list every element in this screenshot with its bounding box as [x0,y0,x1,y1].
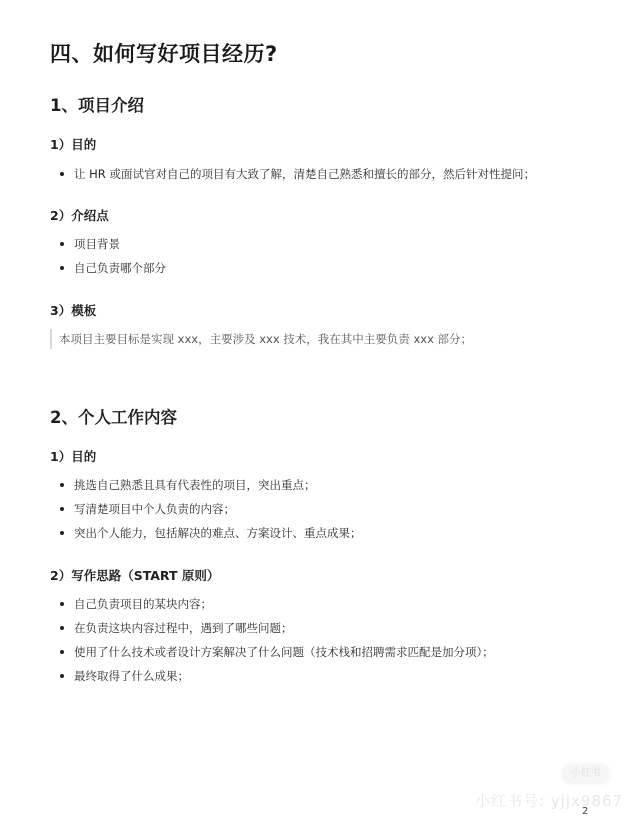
list-item: 自己负责项目的某块内容； [60,596,212,612]
bullet-icon [60,172,64,176]
bullet-icon [60,507,64,511]
section-heading: 1、项目介绍 [50,92,144,116]
bullet-icon [60,602,64,606]
page-title: 四、如何写好项目经历? [50,38,278,68]
list-item: 挑选自己熟悉且具有代表性的项目，突出重点； [60,477,316,493]
list-item: 使用了什么技术或者设计方案解决了什么问题（技术栈和招聘需求匹配是加分项）； [60,644,494,660]
list-item: 让 HR 或面试官对自己的项目有大致了解，清楚自己熟悉和擅长的部分，然后针对性提… [60,166,535,182]
list-item: 突出个人能力，包括解决的难点、方案设计、重点成果； [60,525,362,541]
list-item: 项目背景 [60,236,120,252]
subsection-heading: 3）模板 [50,301,96,319]
subsection-heading: 1）目的 [50,135,96,153]
list-item: 自己负责哪个部分 [60,260,166,276]
document-page: 四、如何写好项目经历? 1、项目介绍 1）目的 让 HR 或面试官对自己的项目有… [0,0,639,828]
subsection-heading: 1）目的 [50,447,96,465]
section-heading: 2、个人工作内容 [50,404,177,428]
bullet-icon [60,674,64,678]
bullet-icon [60,650,64,654]
watermark-logo: 小红书 [562,764,610,784]
page-number: 2 [582,806,588,817]
bullet-icon [60,242,64,246]
bullet-icon [60,626,64,630]
bullet-icon [60,483,64,487]
subsection-heading: 2）介绍点 [50,206,109,224]
list-item: 在负责这块内容过程中，遇到了哪些问题； [60,620,293,636]
list-item: 最终取得了什么成果； [60,668,189,684]
watermark-id: 小红书号: yjjx9867 [475,790,623,811]
template-blockquote: 本项目主要目标是实现 xxx，主要涉及 xxx 技术，我在其中主要负责 xxx … [50,329,472,349]
bullet-icon [60,531,64,535]
bullet-icon [60,266,64,270]
subsection-heading: 2）写作思路（START 原则） [50,566,219,584]
list-item: 写清楚项目中个人负责的内容； [60,501,235,517]
